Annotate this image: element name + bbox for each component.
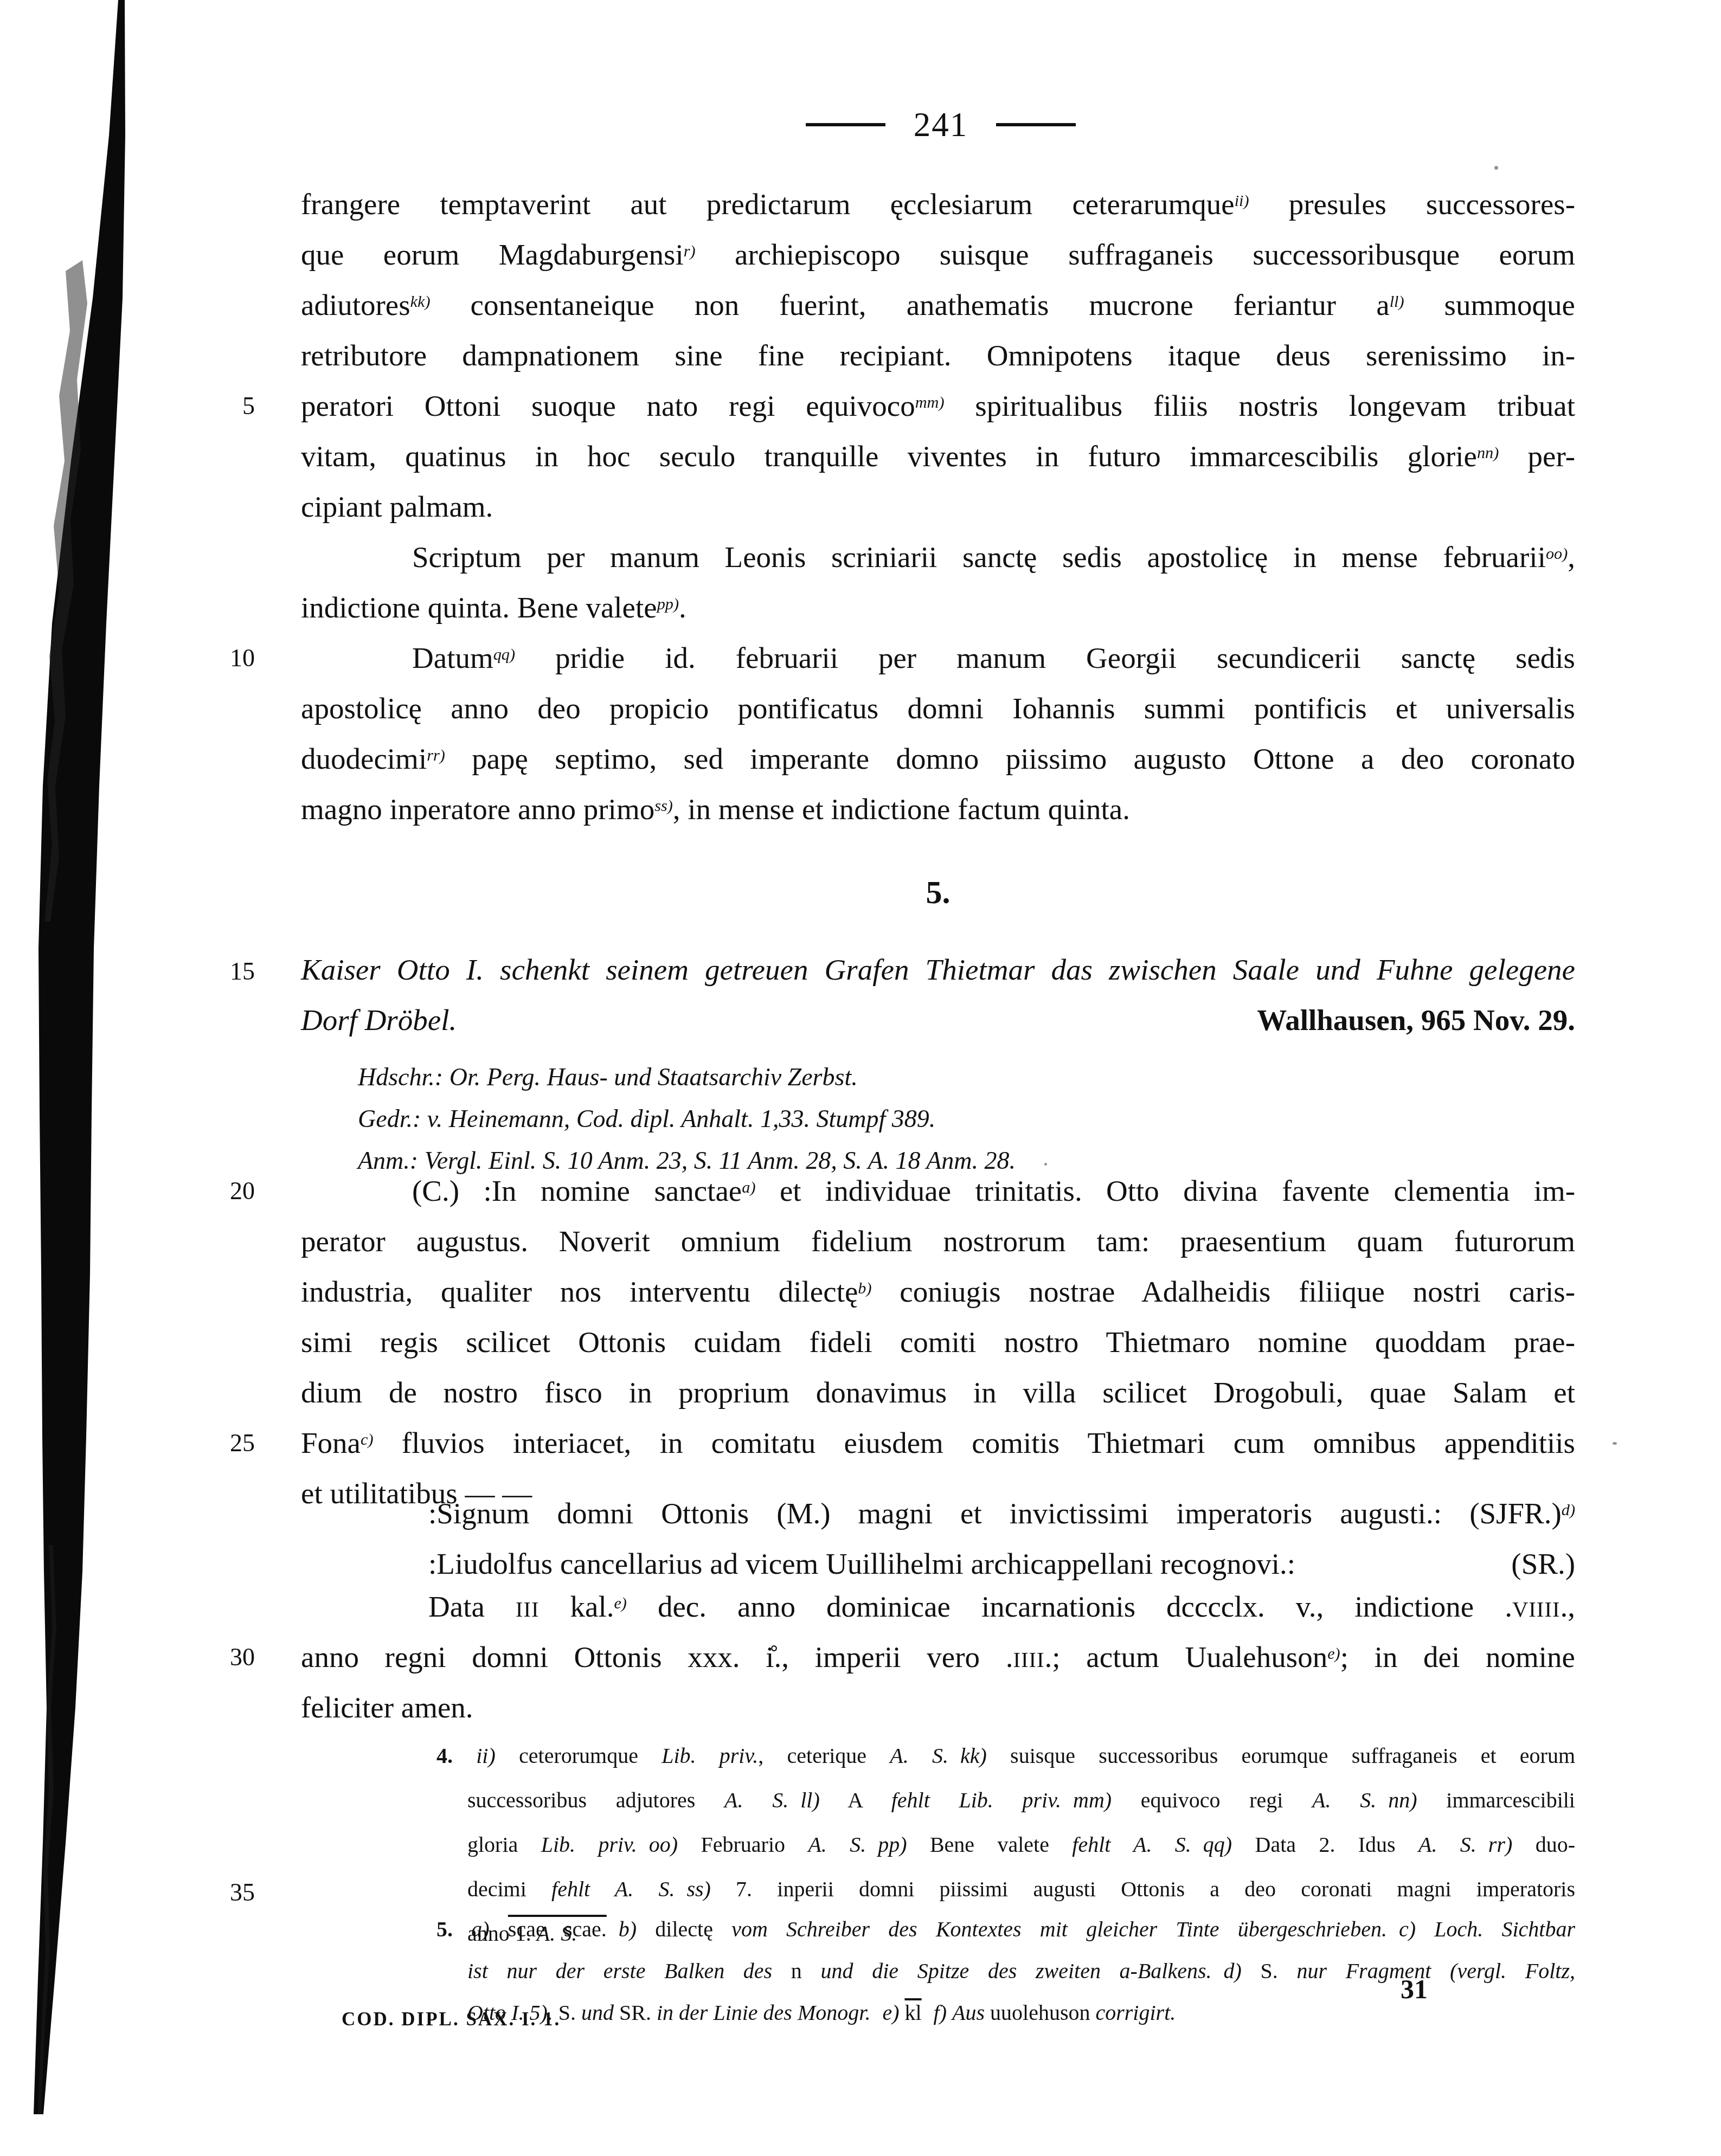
text-run: Datum [412, 641, 493, 674]
text-run: Wallhausen, 965 Nov. 29. [1257, 1003, 1575, 1037]
text-line: magno inperatore anno primoss), in mense… [301, 784, 1575, 834]
margin-line-number-20: 20 [209, 1166, 255, 1216]
text-run: adiutores [301, 288, 410, 321]
text-run [947, 2000, 952, 2025]
text-line: decimi fehlt A. S.ss) 7. inperii domni p… [436, 1867, 1575, 1912]
text-line: perator augustus. Noverit omnium fideliu… [301, 1216, 1575, 1266]
text-run: Loch. Sichtbar [1434, 1917, 1575, 1941]
text-run [1416, 1917, 1434, 1941]
text-run: suisque successoribus eorumque suffragan… [987, 1743, 1575, 1768]
text-line: Datumqq) pridie id. februarii per manum … [301, 633, 1575, 683]
text-run: nur Fragment (vergl. Foltz, [1296, 1959, 1575, 1983]
text-run: . [679, 591, 686, 624]
text-run: A. S. [724, 1788, 788, 1812]
charter-5-regest: Kaiser Otto I. schenkt seinem getreuen G… [301, 944, 1575, 1045]
text-run: decimi [467, 1877, 551, 1901]
margin-line-number-35: 35 [209, 1867, 255, 1917]
text-run: f) [934, 2000, 947, 2025]
text-run [899, 2000, 904, 2025]
text-run: immarcescibili [1417, 1788, 1575, 1812]
text-line: Dorf Dröbel.Wallhausen, 965 Nov. 29. [301, 995, 1575, 1045]
text-run [490, 1917, 508, 1941]
scan-speck [1494, 166, 1498, 170]
text-run: industria, qualiter nos interventu dilec… [301, 1275, 858, 1308]
text-run: a-Balkens. [1120, 1959, 1212, 1983]
text-run: duodecimi [301, 742, 427, 775]
text-run: e) [1327, 1644, 1340, 1663]
margin-line-number-10: 10 [209, 633, 255, 683]
text-line: Scriptum per manum Leonis scriniarii san… [301, 532, 1575, 582]
text-run: Gedr.: v. Heinemann, Cod. dipl. Anhalt. … [358, 1105, 935, 1132]
text-run: Kaiser Otto I. schenkt seinem getreuen G… [301, 953, 1575, 986]
text-run: ss) [686, 1877, 710, 1901]
text-run: qq) [493, 645, 515, 664]
text-line: successoribus adjutores A. S.ll) A fehlt… [436, 1778, 1575, 1823]
text-run: archiepiscopo suisque suffraganeis succe… [696, 238, 1575, 271]
text-run-group: Dorf Dröbel. [301, 995, 457, 1045]
text-run: Data 2. Idus [1232, 1832, 1418, 1857]
text-run: SR. [614, 2000, 657, 2025]
text-run: nn) [1388, 1788, 1417, 1812]
text-run: anno regni domni Ottonis xxx. i̊., imper… [301, 1640, 1013, 1674]
text-run: feliciter amen. [301, 1691, 473, 1724]
text-run: kk) [410, 292, 431, 311]
text-run: Data [428, 1590, 516, 1623]
text-run: n [791, 1959, 802, 1983]
margin-line-number-25: 25 [209, 1418, 255, 1468]
text-run: d) [1224, 1959, 1242, 1983]
text-line: gloria Lib. priv.oo) Februario A. S.pp) … [436, 1823, 1575, 1867]
text-run: retributore dampnationem sine fine recip… [301, 339, 1575, 372]
text-run: ii) [476, 1743, 496, 1768]
text-run: pridie id. februarii per manum Georgii s… [515, 641, 1575, 674]
text-run: 7. inperii domni piissimi augusti Ottoni… [711, 1877, 1575, 1901]
text-run: VIIII [1512, 1597, 1561, 1621]
text-run: successoribus adjutores [467, 1788, 724, 1812]
text-run: presules successores- [1249, 188, 1575, 221]
text-run: et individuae trinitatis. Otto divina fa… [755, 1174, 1575, 1207]
text-run: perator augustus. Noverit omnium fideliu… [301, 1225, 1575, 1258]
text-run: gloria [467, 1832, 541, 1857]
text-line: :Signum domni Ottonis (M.) magni et invi… [301, 1488, 1575, 1539]
charter-5-sources: Hdschr.: Or. Perg. Haus- und Staatsarchi… [358, 1056, 1575, 1181]
text-run: 4. [436, 1743, 476, 1768]
text-line: Kaiser Otto I. schenkt seinem getreuen G… [301, 944, 1575, 995]
text-run: b) [619, 1917, 637, 1941]
binding-shadow [0, 0, 163, 2156]
text-run: dium de nostro fisco in proprium donavim… [301, 1376, 1575, 1409]
text-run: mm) [1073, 1788, 1112, 1812]
text-run: e) [882, 2000, 899, 2025]
text-run: A. S. [890, 1743, 948, 1768]
header-rule-right [996, 123, 1076, 126]
text-line: indictione quinta. Bene valetepp). [301, 582, 1575, 633]
charter-5-signum-lines: :Signum domni Ottonis (M.) magni et invi… [301, 1488, 1575, 1589]
text-run: 5. [926, 874, 951, 910]
text-run: Februario [678, 1832, 808, 1857]
margin-line-number-5: 5 [209, 381, 255, 431]
footnotes-charter-5: 5. a) scae scae.b) dilectę vom Schreiber… [436, 1908, 1575, 2033]
text-run: 5. [436, 1917, 471, 1941]
text-line: dium de nostro fisco in proprium donavim… [301, 1367, 1575, 1418]
page-number-top: 241 [914, 105, 968, 145]
text-line: Data III kal.e) dec. anno dominicae inca… [301, 1581, 1575, 1632]
text-run: ceterorumque [496, 1743, 662, 1768]
text-run: summoque [1404, 288, 1575, 321]
text-run: :Liudolfus cancellarius ad vicem Uuillih… [428, 1547, 1295, 1580]
text-run: ., [1561, 1590, 1576, 1623]
text-run: , ceterique [758, 1743, 890, 1768]
charter-5-datatio: Data III kal.e) dec. anno dominicae inca… [301, 1581, 1575, 1733]
text-run: :Signum domni Ottonis (M.) magni et invi… [428, 1497, 1469, 1530]
text-run: per- [1499, 440, 1575, 473]
sheet-number-bottom: 31 [1401, 1973, 1428, 2005]
text-run: vitam, quatinus in hoc seculo tranquille… [301, 440, 1477, 473]
text-run: r) [684, 242, 696, 260]
text-run: Scriptum per manum Leonis scriniarii san… [412, 540, 1546, 574]
text-run: ii) [1235, 191, 1249, 210]
text-run: Aus [952, 2000, 985, 2025]
text-run: (SJFR.) [1469, 1497, 1562, 1530]
text-run: dec. anno dominicae incarnationis dccccl… [627, 1590, 1512, 1623]
text-line: Hdschr.: Or. Perg. Haus- und Staatsarchi… [358, 1056, 1575, 1098]
charter-4-scriptum: Scriptum per manum Leonis scriniarii san… [301, 532, 1575, 633]
text-line: apostolicę anno deo propicio pontificatu… [301, 683, 1575, 733]
text-line: peratori Ottoni suoque nato regi equivoc… [301, 381, 1575, 431]
charter-5-number-heading: 5. [301, 867, 1575, 918]
text-run: A. S. [808, 1832, 866, 1857]
text-run: ll) [1390, 292, 1404, 311]
text-run-group: Wallhausen, 965 Nov. 29. [1257, 995, 1575, 1045]
text-run: pp) [878, 1832, 907, 1857]
text-line: duodecimirr) papę septimo, sed imperante… [301, 733, 1575, 784]
text-run: S. [1242, 1959, 1297, 1983]
text-run: Fona [301, 1426, 361, 1459]
text-run: Hdschr.: Or. Perg. Haus- und Staatsarchi… [358, 1063, 858, 1091]
text-run: corrigirt. [1095, 2000, 1176, 2025]
text-run: III [516, 1597, 540, 1621]
text-run: (SR.) [1511, 1547, 1575, 1580]
text-run: papę septimo, sed imperante domno piissi… [445, 742, 1575, 775]
text-line: industria, qualiter nos interventu dilec… [301, 1266, 1575, 1317]
margin-line-number-15: 15 [209, 946, 255, 996]
text-run: qq) [1203, 1832, 1232, 1857]
text-line: 4. ii) ceterorumque Lib. priv., ceteriqu… [436, 1734, 1575, 1778]
text-run: ss) [654, 796, 673, 815]
text-run: Bene valete [907, 1832, 1073, 1857]
charter-5-text: (C.) :In nomine sanctaea) et individuae … [301, 1166, 1575, 1518]
text-run: e) [614, 1594, 627, 1612]
text-run: fehlt Lib. priv. [891, 1788, 1061, 1812]
text-run: peratori Ottoni suoque nato regi equivoc… [301, 389, 915, 422]
page-header: 241 [301, 100, 1581, 149]
text-line: vitam, quatinus in hoc seculo tranquille… [301, 431, 1575, 481]
text-run: A. S. [1312, 1788, 1376, 1812]
text-run: Lib. priv. [662, 1743, 758, 1768]
text-run: simi regis scilicet Ottonis cuidam fidel… [301, 1325, 1575, 1359]
text-line: Fonac) fluvios interiacet, in comitatu e… [301, 1418, 1575, 1468]
text-run: ist nur der erste Balken des [467, 1959, 791, 1983]
text-run: (C.) :In nomine sanctae [412, 1174, 742, 1207]
text-line: frangere temptaverint aut predictarum ęc… [301, 179, 1575, 229]
scanned-book-page: 241 frangere temptaverint aut predictaru… [0, 0, 1721, 2156]
text-run: c) [1399, 1917, 1416, 1941]
text-run: fehlt A. S. [1072, 1832, 1191, 1857]
text-line: simi regis scilicet Ottonis cuidam fidel… [301, 1317, 1575, 1367]
text-run: a) [471, 1917, 489, 1941]
text-line: retributore dampnationem sine fine recip… [301, 330, 1575, 381]
text-run: duo- [1512, 1832, 1575, 1857]
text-run: rr) [427, 746, 445, 764]
charter-4-datum: Datumqq) pridie id. februarii per manum … [301, 633, 1575, 834]
text-run: scae scae. [508, 1917, 607, 1941]
text-run: kl [904, 2000, 921, 2025]
text-run: , [1568, 540, 1575, 574]
text-run: que eorum Magdaburgensi [301, 238, 684, 271]
text-run: vom Schreiber des Kontextes mit gleicher… [731, 1917, 1387, 1941]
text-run: indictione quinta. Bene valete [301, 591, 657, 624]
text-line: feliciter amen. [301, 1682, 1575, 1733]
text-run: pp) [657, 595, 679, 613]
text-run: a) [742, 1178, 755, 1196]
text-line: Gedr.: v. Heinemann, Cod. dipl. Anhalt. … [358, 1098, 1575, 1140]
charter-4-continuation: frangere temptaverint aut predictarum ęc… [301, 179, 1575, 532]
text-run: A [820, 1788, 891, 1812]
text-run: Lib. priv. [541, 1832, 637, 1857]
text-run: dilectę [637, 1917, 731, 1941]
text-run: oo) [1546, 544, 1568, 563]
text-run: coniugis nostrae Adalheidis filiique nos… [872, 1275, 1575, 1308]
text-line: anno regni domni Ottonis xxx. i̊., imper… [301, 1632, 1575, 1682]
text-run: fluvios interiacet, in comitatu eiusdem … [374, 1426, 1576, 1459]
scan-speck [1613, 1442, 1617, 1445]
text-run: b) [858, 1279, 871, 1297]
header-rule-left [806, 123, 885, 126]
text-run: cipiant palmam. [301, 490, 493, 523]
text-run: nn) [1477, 443, 1499, 462]
text-run: .; actum Uualehuson [1045, 1640, 1328, 1674]
text-run: kk) [960, 1743, 987, 1768]
text-run: in der Linie des Monogr. [657, 2000, 870, 2025]
text-run: spiritualibus filiis nostris longevam tr… [945, 389, 1575, 422]
text-line: cipiant palmam. [301, 481, 1575, 532]
text-run: magno inperatore anno primo [301, 793, 654, 826]
margin-line-number-30: 30 [209, 1632, 255, 1682]
text-run: fehlt A. S. [551, 1877, 675, 1901]
series-signature: COD. DIPL. SAX. I. 1. [342, 2009, 561, 2030]
text-run: equivoco regi [1112, 1788, 1312, 1812]
text-run: mm) [915, 393, 945, 411]
text-run: c) [361, 1430, 374, 1449]
text-run: apostolicę anno deo propicio pontificatu… [301, 692, 1575, 725]
text-run: Dorf Dröbel. [301, 1003, 457, 1037]
text-run: A. S. [1418, 1832, 1476, 1857]
text-run: frangere temptaverint aut predictarum ęc… [301, 188, 1235, 221]
text-run: rr) [1488, 1832, 1512, 1857]
text-run: uuolehuson [985, 2000, 1095, 2025]
text-run: und [581, 2000, 614, 2025]
text-run: consentaneique non fuerint, anathematis … [431, 288, 1390, 321]
text-line: (C.) :In nomine sanctaea) et individuae … [301, 1166, 1575, 1216]
text-run: und die Spitze des zweiten [802, 1959, 1120, 1983]
text-run: , in mense et indictione factum quinta. [673, 793, 1130, 826]
text-run: kal. [539, 1590, 614, 1623]
text-line: que eorum Magdaburgensir) archiepiscopo … [301, 229, 1575, 280]
text-line: 5. [301, 867, 1575, 918]
text-run: IIII [1013, 1647, 1044, 1672]
text-run: oo) [649, 1832, 678, 1857]
text-run: ; in dei nomine [1340, 1640, 1575, 1674]
text-line: 5. a) scae scae.b) dilectę vom Schreiber… [436, 1908, 1575, 1950]
text-run: ll) [800, 1788, 820, 1812]
text-line: adiutoreskk) consentaneique non fuerint,… [301, 280, 1575, 330]
text-run: d) [1562, 1501, 1575, 1519]
